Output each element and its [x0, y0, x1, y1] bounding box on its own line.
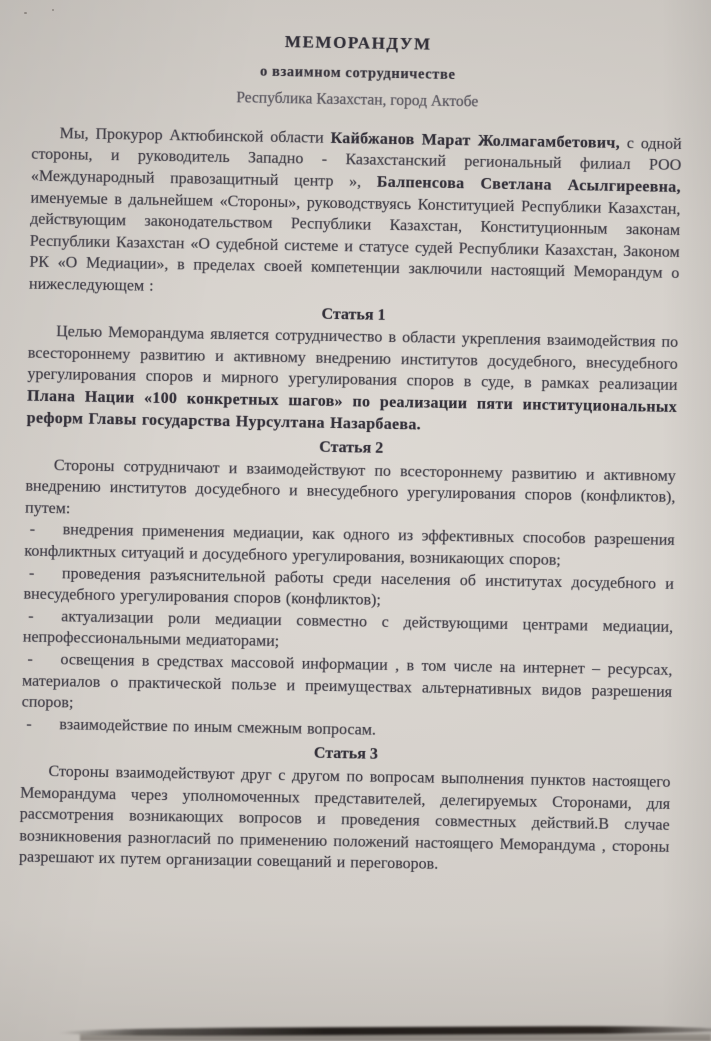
bullet-text: актуализации роли медиации совместно с д… — [23, 608, 674, 650]
bullet-text: внедрения применения медиации, как одног… — [24, 522, 675, 569]
memorandum-page: МЕМОРАНДУМ о взаимном сотрудничестве Рес… — [19, 0, 684, 880]
bullet-dash: - — [26, 713, 59, 735]
article1-bold-text: Плана Нации «100 конкретных шагов» по ре… — [27, 387, 678, 432]
party1-name: Кайбжанов Марат Жолмагамбетович, — [330, 130, 620, 152]
bullet-dash: - — [29, 562, 62, 584]
article3-text: Стороны взаимодействуют друг с другом по… — [19, 763, 671, 873]
article1-text: Целью Меморандума является сотрудничеств… — [27, 323, 678, 394]
preamble-text-3: именуемые в дальнейшем «Стороны», руково… — [29, 189, 681, 295]
bullet-text: взаимодействие по иным смежным вопросам. — [59, 716, 376, 739]
article3-paragraph: Стороны взаимодействуют друг с другом по… — [19, 761, 671, 880]
preamble-paragraph: Мы, Прокурор Актюбинской области Кайбжан… — [29, 122, 682, 306]
article2-intro-text: Стороны сотрудничают и взаимодействуют п… — [25, 457, 676, 517]
document-photo: МЕМОРАНДУМ о взаимном сотрудничестве Рес… — [0, 0, 711, 1041]
preamble-text-1: Мы, Прокурор Актюбинской области — [60, 125, 331, 147]
paper-speck — [24, 12, 27, 14]
bullet-text: освещения в средствах массовой информаци… — [22, 651, 673, 711]
article1-paragraph: Целью Меморандума является сотрудничеств… — [27, 321, 679, 440]
bullet-dash: - — [28, 605, 61, 627]
party2-name: Балпенсова Светлана Асылгиреевна, — [377, 174, 681, 196]
bullet-item: -освещения в средствах массовой информац… — [22, 649, 673, 725]
bullet-text: проведения разъяснительной работы среди … — [23, 565, 674, 609]
document-title: МЕМОРАНДУМ — [33, 27, 683, 60]
location-line: Республика Казахстан, город Актобе — [32, 84, 682, 117]
bullet-dash: - — [27, 649, 60, 671]
article2-intro: Стороны сотрудничают и взаимодействуют п… — [25, 454, 676, 530]
bullet-dash: - — [30, 519, 63, 541]
